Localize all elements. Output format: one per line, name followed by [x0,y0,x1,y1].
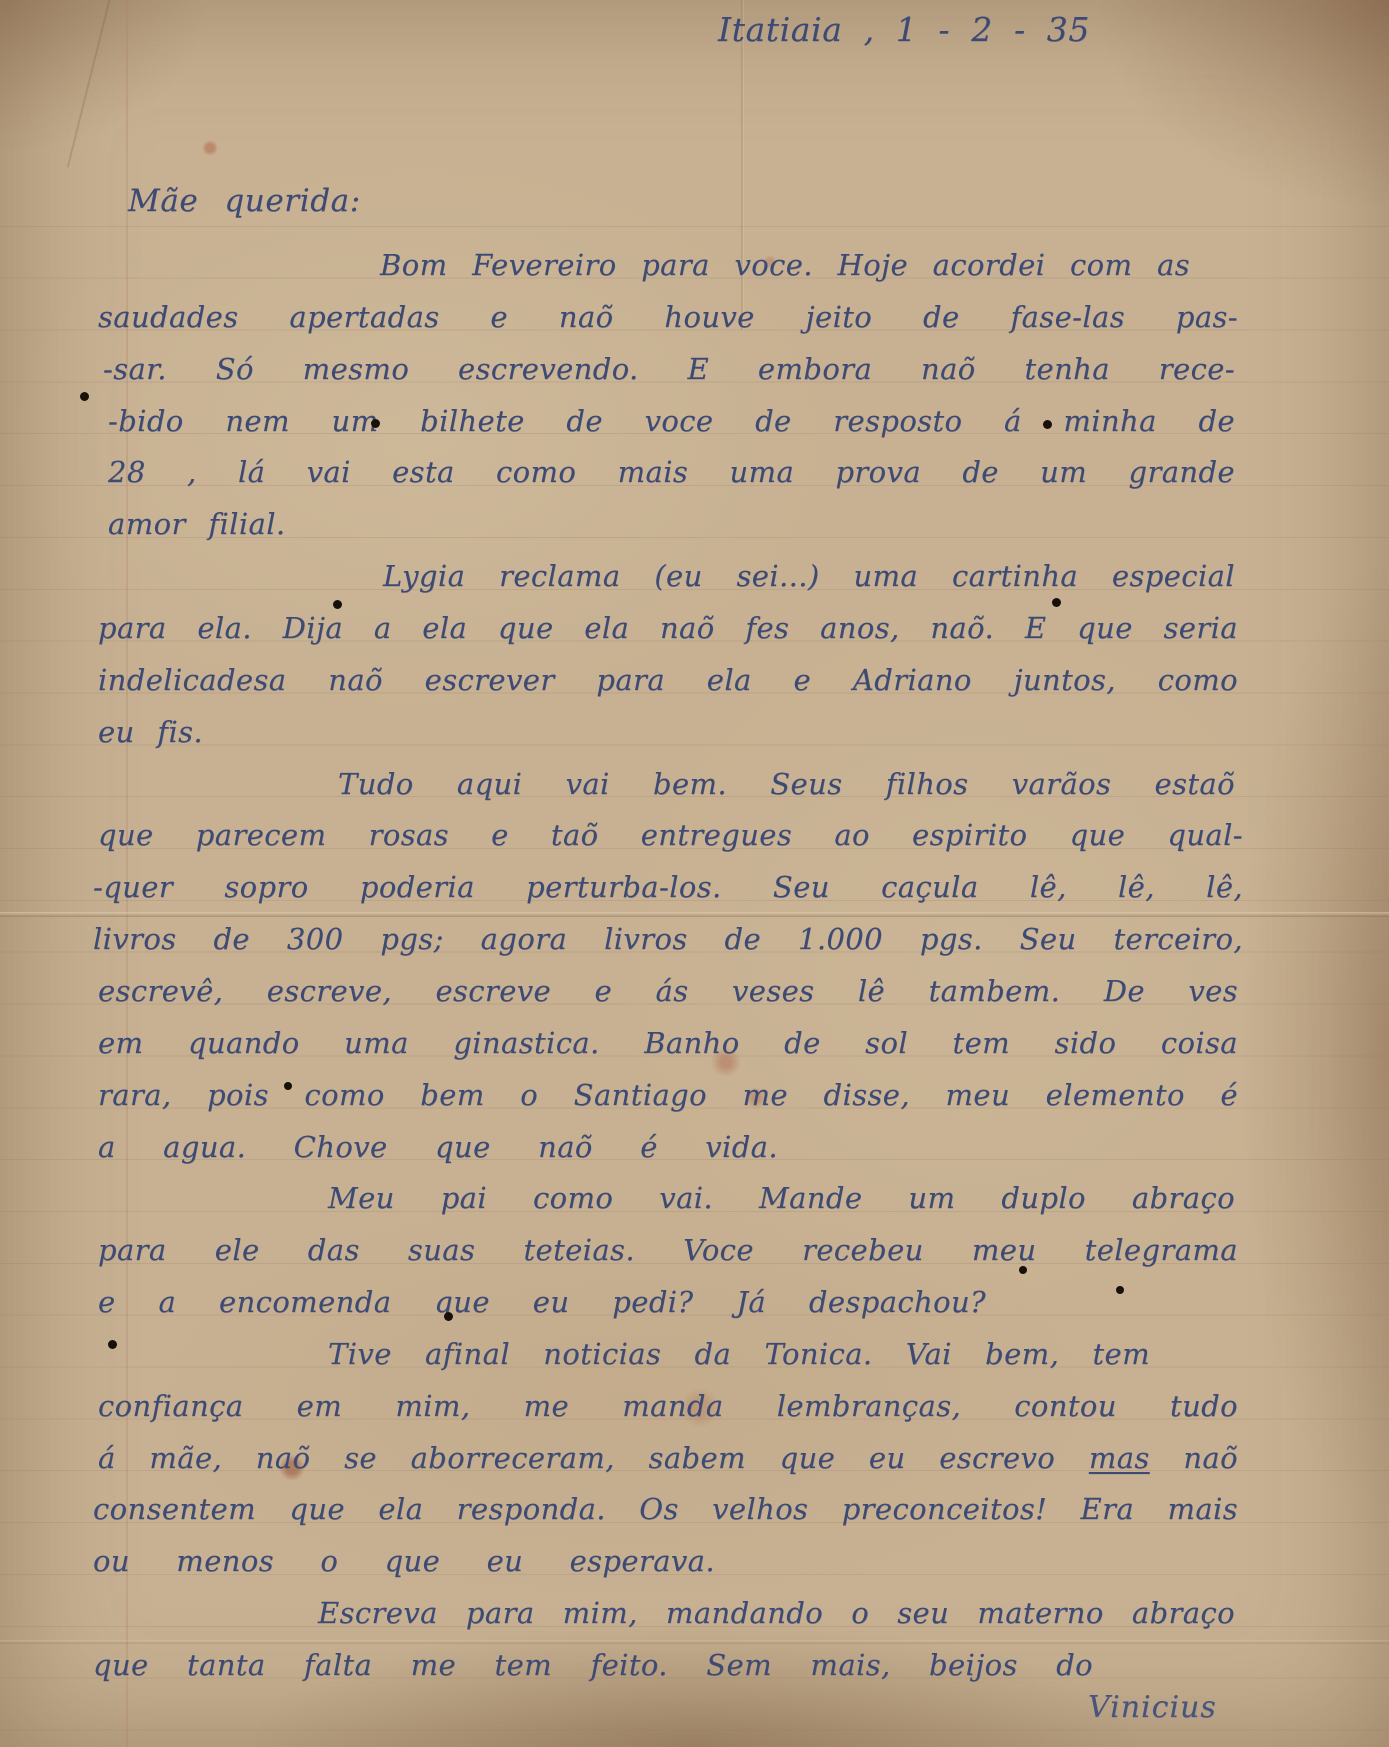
line-text: naõ [1150,1441,1238,1475]
letter-line: para ela. Dija a ela que ela naõ fes ano… [98,606,1238,650]
ink-speck [1116,1286,1124,1294]
letter-line: para ele das suas teteias. Voce recebeu … [98,1228,1238,1272]
letter-line: em quando uma ginastica. Banho de sol te… [98,1021,1238,1065]
letter-line: saudades apertadas e naõ houve jeito de … [98,295,1238,339]
ink-speck [1043,420,1052,429]
ink-speck [371,419,380,428]
letter-line: -sar. Só mesmo escrevendo. E embora naõ … [103,347,1235,391]
letter-line: rara, pois como bem o Santiago me disse,… [98,1073,1238,1117]
letter-line: livros de 300 pgs; agora livros de 1.000… [93,917,1243,961]
underlined-word: mas [1089,1441,1150,1475]
letter-line: ou menos o que eu esperava. [93,1539,715,1583]
place-date: Itatiaia , 1 - 2 - 35 [718,10,1090,49]
ink-speck [1019,1266,1027,1274]
letter-line: 28 , lá vai esta como mais uma prova de … [108,450,1235,494]
ink-speck [108,1340,117,1349]
letter-line: indelicadesa naõ escrever para ela e Adr… [98,658,1238,702]
signature: Vinicius [1088,1690,1217,1725]
ink-speck [333,600,342,609]
letter-line: -bido nem um bilhete de voce de resposto… [108,399,1235,443]
letter-line: Bom Fevereiro para voce. Hoje acordei co… [380,243,1190,287]
ink-speck [284,1082,292,1090]
line-text: á mãe, naõ se aborreceram, sabem que eu … [98,1441,1089,1475]
ink-speck [1052,598,1061,607]
letter-line: Tive afinal noticias da Tonica. Vai bem,… [328,1332,1150,1376]
letter-line: que parecem rosas e taõ entregues ao esp… [98,813,1243,857]
letter-line: amor filial. [108,502,286,546]
letter-line: que tanta falta me tem feito. Sem mais, … [93,1643,1093,1687]
letter-line: eu fis. [98,710,203,754]
letter-line: Lygia reclama (eu sei...) uma cartinha e… [383,554,1235,598]
letter-line: e a encomenda que eu pedi? Já despachou? [98,1280,986,1324]
ink-speck [444,1312,453,1321]
letter-line: Escreva para mim, mandando o seu materno… [318,1591,1235,1635]
letter-line: consentem que ela responda. Os velhos pr… [93,1487,1238,1531]
letter-line: Meu pai como vai. Mande um duplo abraço [328,1176,1235,1220]
letter-line: á mãe, naõ se aborreceram, sabem que eu … [98,1436,1238,1480]
letter-line: escrevê, escreve, escreve e ás veses lê … [98,969,1238,1013]
letter-line: a agua. Chove que naõ é vida. [98,1125,778,1169]
letter-line: -quer sopro poderia perturba-los. Seu ca… [93,865,1243,909]
letter-line: Tudo aqui vai bem. Seus filhos varãos es… [338,762,1235,806]
letter-line: confiança em mim, me manda lembranças, c… [98,1384,1238,1428]
salutation: Mãe querida: [128,183,361,219]
ink-speck [80,392,89,401]
